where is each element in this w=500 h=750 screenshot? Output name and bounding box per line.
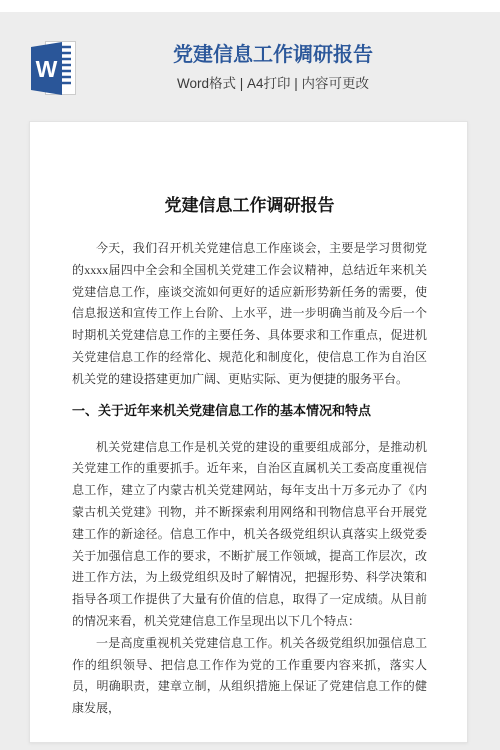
- document-title: 党建信息工作调研报告: [72, 194, 427, 218]
- doc-paragraph-3: 一是高度重视机关党建信息工作。机关各级党组织加强信息工作的组织领导、把信息工作作…: [72, 633, 427, 720]
- top-strip: [0, 0, 500, 12]
- header-title: 党建信息工作调研报告: [46, 42, 500, 68]
- doc-section-heading-1: 一、关于近年来机关党建信息工作的基本情况和特点: [72, 401, 427, 421]
- header-text-block: 党建信息工作调研报告 Word格式 | A4打印 | 内容可更改: [46, 42, 500, 93]
- document-page: 党建信息工作调研报告 今天，我们召开机关党建信息工作座谈会，主要是学习贯彻党的x…: [29, 121, 468, 743]
- header-subtitle: Word格式 | A4打印 | 内容可更改: [46, 75, 500, 93]
- preview-header: W 党建信息工作调研报告 Word格式 | A4打印 | 内容可更改: [0, 12, 500, 121]
- doc-paragraph-1: 今天，我们召开机关党建信息工作座谈会，主要是学习贯彻党的xxxx届四中全会和全国…: [72, 238, 427, 391]
- doc-paragraph-2: 机关党建信息工作是机关党的建设的重要组成部分，是推动机关党建工作的重要抓手。近年…: [72, 437, 427, 633]
